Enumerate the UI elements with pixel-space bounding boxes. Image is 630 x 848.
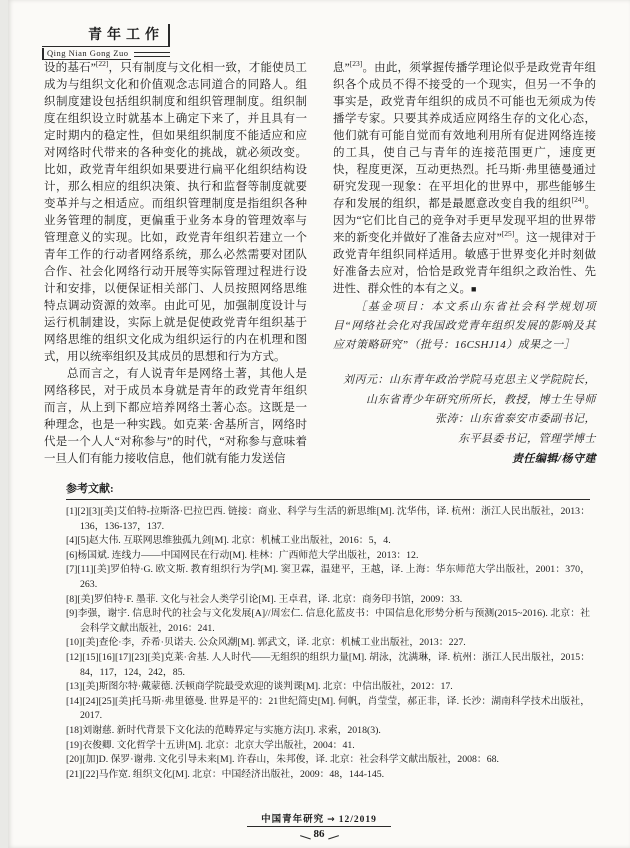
issue-number: 12/2019 [339,815,377,825]
reference-item: [12][15][16][17][23][美]克莱·舍基. 人人时代——无组织的… [66,651,590,680]
references-section: 参考文献: [1][2][3][美]艾伯特-拉斯洛·巴拉巴西. 链接：商业、科学… [66,480,590,782]
author-bio-line: 东平县委书记，管理学博士 [333,430,596,450]
right-column: 息”[23]。由此，须掌握传播学理论似乎是政党青年组织各个成员不得不接受的一个现… [333,60,596,470]
author-bio-line: 张涛：山东省泰安市委副书记， [333,410,596,430]
references-heading: 参考文献: [66,480,590,500]
flourish-right-icon [326,829,339,840]
page-number-row: 86 [8,828,630,840]
reference-item: [14][24][25][美]托马斯·弗里德曼. 世界是平的：21世纪简史[M]… [66,695,590,724]
reference-item: [1][2][3][美]艾伯特-拉斯洛·巴拉巴西. 链接：商业、科学与生活的新思… [66,505,590,534]
page-number: 86 [314,828,325,840]
article-paragraph: 息”[23]。由此，须掌握传播学理论似乎是政党青年组织各个成员不得不接受的一个现… [333,60,596,298]
article-body: 设的基石”[22]，只有制度与文化相一致，才能使员工成为与组织文化和价值观念志同… [44,60,596,470]
column-title: 青年工作 [42,24,170,47]
reference-item: [19]衣俊卿. 文化哲学十五讲[M]. 北京：北京大学出版社，2004：41. [66,739,590,754]
reference-item: [9]李强，谢宇. 信息时代的社会与文化发展[A]//周宏仁. 信息化蓝皮书：中… [66,607,590,636]
fund-project-note: ［基金项目：本文系山东省社会科学规划项目“网络社会化对我国政党青年组织发展的影响… [333,298,596,355]
responsible-editor: 责任编辑/杨守建 [333,450,596,470]
column-label: 青年工作 Qing Nian Gong Zuo [42,24,170,60]
reference-item: [13][美]斯图尔特·戴蒙德. 沃顿商学院最受欢迎的谈判课[M]. 北京：中信… [66,680,590,695]
article-paragraph: 总而言之，有人说青年是网络土著，其他人是网络移民，对于成员本身就是青年的政党青年… [44,366,307,468]
author-bio-block: 刘丙元：山东青年政治学院马克思主义学院院长，山东省青少年研究所所长，教授，博士生… [333,371,596,470]
article-paragraph: 设的基石”[22]，只有制度与文化相一致，才能使员工成为与组织文化和价值观念志同… [44,60,307,366]
reference-item: [4][5]赵大伟. 互联网思维独孤九剑[M]. 北京：机械工业出版社，2016… [66,534,590,549]
reference-item: [6]杨国斌. 连线力——中国网民在行动[M]. 桂林：广西师范大学出版社，20… [66,549,590,564]
reference-item: [7][11][美]罗伯特·G. 欧文斯. 教育组织行为学[M]. 窦卫霖，温建… [66,563,590,592]
journal-name: 中国青年研究 [261,815,324,825]
author-bio-line: 刘丙元：山东青年政治学院马克思主义学院院长， [333,371,596,391]
author-bio-lines: 刘丙元：山东青年政治学院马克思主义学院院长，山东省青少年研究所所长，教授，博士生… [333,371,596,449]
column-pinyin: Qing Nian Gong Zuo [42,48,131,60]
flourish-left-icon [300,829,313,840]
reference-item: [20][加]D. 保罗·谢弗. 文化引导未来[M]. 许春山，朱邦俊，译. 北… [66,753,590,768]
reference-item: [8][美]罗伯特·F. 墨菲. 文化与社会人类学引论[M]. 王卓君，译. 北… [66,593,590,608]
left-column: 设的基石”[22]，只有制度与文化相一致，才能使员工成为与组织文化和价值观念志同… [44,60,307,470]
author-bio-line: 山东省青少年研究所所长，教授，博士生导师 [333,391,596,411]
footer-journal-line: 中国青年研究→12/2019 [247,811,391,827]
journal-page: 青年工作 Qing Nian Gong Zuo 设的基石”[22]，只有制度与文… [8,0,630,848]
arrow-separator-icon: → [324,815,339,825]
page-footer: 中国青年研究→12/2019 86 [8,809,630,840]
reference-item: [10][美]查伦·李，乔希·贝诺夫. 公众风潮[M]. 郭武文，译. 北京：机… [66,636,590,651]
double-rule-decoration [134,52,170,57]
references-list: [1][2][3][美]艾伯特-拉斯洛·巴拉巴西. 链接：商业、科学与生活的新思… [66,505,590,782]
reference-item: [18]刘谢慈. 新时代背景下文化法的范畴界定与实施方法[J]. 求索，2018… [66,724,590,739]
reference-item: [21][22]马作宽. 组织文化[M]. 北京：中国经济出版社，2009：48… [66,768,590,783]
